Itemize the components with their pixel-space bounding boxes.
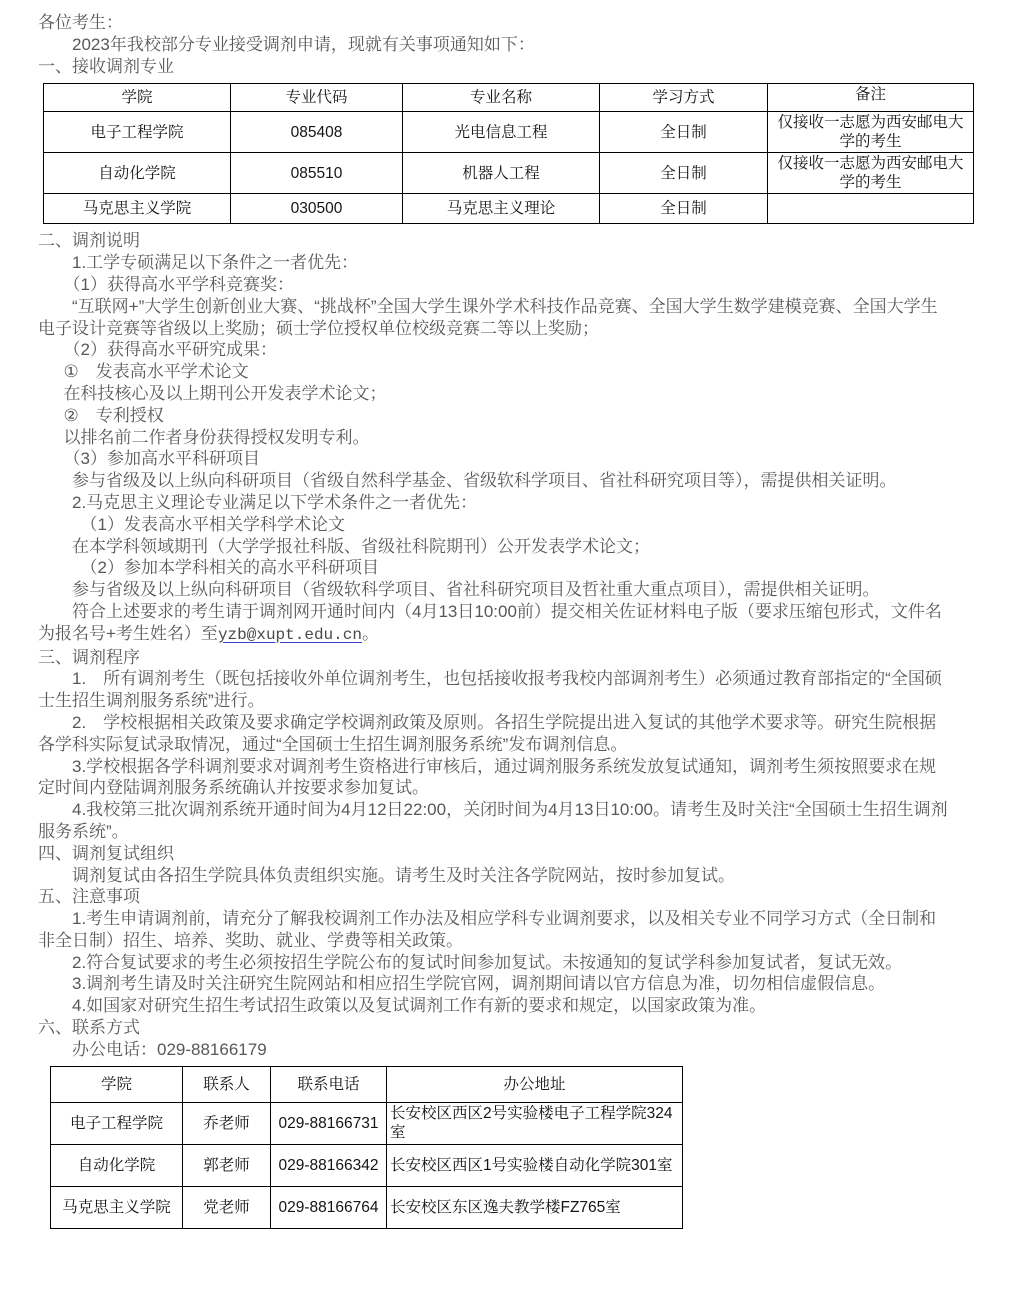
- paragraph: 3.调剂考生请及时关注研究生院网站和相应招生学院官网，调剂期间请以官方信息为准，…: [38, 973, 953, 995]
- intro-paragraph: 2023年我校部分专业接受调剂申请，现就有关事项通知如下：: [38, 34, 953, 56]
- paragraph: （1）发表高水平相关学科学术论文: [38, 514, 953, 536]
- cell-contact-person: 党老师: [183, 1186, 271, 1228]
- column-header-remark: 备注: [768, 84, 974, 112]
- column-header-contact-person: 联系人: [183, 1066, 271, 1102]
- cell-major-code: 085408: [231, 112, 403, 153]
- paragraph: （2）获得高水平研究成果：: [38, 339, 953, 361]
- cell-office-address: 长安校区西区1号实验楼自动化学院301室: [387, 1144, 683, 1186]
- paragraph: 在科技核心及以上期刊公开发表学术论文；: [38, 383, 953, 405]
- paragraph: 4.如国家对研究生招生考试招生政策以及复试调剂工作有新的要求和规定，以国家政策为…: [38, 995, 953, 1017]
- cell-office-address: 长安校区西区2号实验楼电子工程学院324室: [387, 1102, 683, 1144]
- paragraph: 参与省级及以上纵向科研项目（省级软科学项目、省社科研究项目及哲社重大重点项目），…: [38, 579, 953, 601]
- table-row: 自动化学院 郭老师 029-88166342 长安校区西区1号实验楼自动化学院3…: [51, 1144, 683, 1186]
- email-link[interactable]: yzb@xupt.edu.cn: [218, 626, 362, 644]
- paragraph: 1.工学专硕满足以下条件之一者优先：: [38, 252, 953, 274]
- cell-major-code: 030500: [231, 194, 403, 224]
- paragraph: 4.我校第三批次调剂系统开通时间为4月12日22:00，关闭时间为4月13日10…: [38, 799, 953, 843]
- paragraph: 调剂复试由各招生学院具体负责组织实施。请考生及时关注各学院网站，按时参加复试。: [38, 865, 953, 887]
- section-6-heading: 六、联系方式: [38, 1017, 953, 1039]
- cell-college: 自动化学院: [51, 1144, 183, 1186]
- section-1-heading: 一、接收调剂专业: [38, 56, 953, 78]
- paragraph: 以排名前二作者身份获得授权发明专利。: [38, 427, 953, 449]
- paragraph: 2.符合复试要求的考生必须按招生学院公布的复试时间参加复试。未按通知的复试学科参…: [38, 952, 953, 974]
- cell-major-name: 机器人工程: [403, 153, 600, 194]
- office-phone-line: 办公电话：029-88166179: [38, 1039, 953, 1061]
- cell-major-name: 马克思主义理论: [403, 194, 600, 224]
- table-row: 自动化学院 085510 机器人工程 全日制 仅接收一志愿为西安邮电大学的考生: [44, 153, 974, 194]
- table-row: 马克思主义学院 030500 马克思主义理论 全日制: [44, 194, 974, 224]
- paragraph: 2.马克思主义理论专业满足以下学术条件之一者优先：: [38, 492, 953, 514]
- cell-contact-phone: 029-88166731: [271, 1102, 387, 1144]
- cell-college: 马克思主义学院: [44, 194, 231, 224]
- column-header-major-name: 专业名称: [403, 84, 600, 112]
- section-2-heading: 二、调剂说明: [38, 230, 953, 252]
- paragraph: 在本学科领域期刊（大学学报社科版、省级社科院期刊）公开发表学术论文；: [38, 536, 953, 558]
- column-header-college: 学院: [51, 1066, 183, 1102]
- table-header-row: 学院 联系人 联系电话 办公地址: [51, 1066, 683, 1102]
- column-header-contact-phone: 联系电话: [271, 1066, 387, 1102]
- cell-college: 自动化学院: [44, 153, 231, 194]
- paragraph: 参与省级及以上纵向科研项目（省级自然科学基金、省级软科学项目、省社科研究项目等）…: [38, 470, 953, 492]
- section-4-heading: 四、调剂复试组织: [38, 843, 953, 865]
- submit-suffix-text: 。: [362, 624, 379, 643]
- table-row: 马克思主义学院 党老师 029-88166764 长安校区东区逸夫教学楼FZ76…: [51, 1186, 683, 1228]
- paragraph: （3）参加高水平科研项目: [38, 448, 953, 470]
- cell-study-mode: 全日制: [600, 112, 768, 153]
- cell-college: 电子工程学院: [51, 1102, 183, 1144]
- cell-study-mode: 全日制: [600, 153, 768, 194]
- salutation: 各位考生：: [38, 12, 953, 34]
- table-header-row: 学院 专业代码 专业名称 学习方式 备注: [44, 84, 974, 112]
- cell-major-name: 光电信息工程: [403, 112, 600, 153]
- notice-document: 各位考生： 2023年我校部分专业接受调剂申请，现就有关事项通知如下： 一、接收…: [0, 0, 1009, 1229]
- section-5-heading: 五、注意事项: [38, 886, 953, 908]
- submit-materials-paragraph: 符合上述要求的考生请于调剂网开通时间内（4月13日10:00前）提交相关佐证材料…: [38, 601, 953, 647]
- paragraph: （1）获得高水平学科竞赛奖：: [38, 274, 953, 296]
- paragraph: ① 发表高水平学术论文: [38, 361, 953, 383]
- paragraph: 1. 所有调剂考生（既包括接收外单位调剂考生，也包括接收报考我校内部调剂考生）必…: [38, 668, 953, 712]
- cell-contact-phone: 029-88166764: [271, 1186, 387, 1228]
- cell-contact-phone: 029-88166342: [271, 1144, 387, 1186]
- cell-contact-person: 郭老师: [183, 1144, 271, 1186]
- section-3-heading: 三、调剂程序: [38, 647, 953, 669]
- column-header-college: 学院: [44, 84, 231, 112]
- cell-college: 电子工程学院: [44, 112, 231, 153]
- paragraph: “互联网+”大学生创新创业大赛、“挑战杯”全国大学生课外学术科技作品竞赛、全国大…: [38, 296, 953, 340]
- cell-remark: [768, 194, 974, 224]
- cell-remark: 仅接收一志愿为西安邮电大学的考生: [768, 112, 974, 153]
- paragraph: （2）参加本学科相关的高水平科研项目: [38, 557, 953, 579]
- cell-study-mode: 全日制: [600, 194, 768, 224]
- cell-college: 马克思主义学院: [51, 1186, 183, 1228]
- column-header-major-code: 专业代码: [231, 84, 403, 112]
- contact-table: 学院 联系人 联系电话 办公地址 电子工程学院 乔老师 029-88166731…: [50, 1066, 683, 1229]
- paragraph: 2. 学校根据相关政策及要求确定学校调剂政策及原则。各招生学院提出进入复试的其他…: [38, 712, 953, 756]
- transfer-majors-table: 学院 专业代码 专业名称 学习方式 备注 电子工程学院 085408 光电信息工…: [43, 83, 974, 224]
- paragraph: 3.学校根据各学科调剂要求对调剂考生资格进行审核后，通过调剂服务系统发放复试通知…: [38, 756, 953, 800]
- submit-prefix-text: 符合上述要求的考生请于调剂网开通时间内（4月13日10:00前）提交相关佐证材料…: [38, 602, 942, 643]
- table-row: 电子工程学院 乔老师 029-88166731 长安校区西区2号实验楼电子工程学…: [51, 1102, 683, 1144]
- paragraph: ② 专利授权: [38, 405, 953, 427]
- cell-major-code: 085510: [231, 153, 403, 194]
- cell-contact-person: 乔老师: [183, 1102, 271, 1144]
- column-header-study-mode: 学习方式: [600, 84, 768, 112]
- cell-office-address: 长安校区东区逸夫教学楼FZ765室: [387, 1186, 683, 1228]
- table-row: 电子工程学院 085408 光电信息工程 全日制 仅接收一志愿为西安邮电大学的考…: [44, 112, 974, 153]
- column-header-office-address: 办公地址: [387, 1066, 683, 1102]
- paragraph: 1.考生申请调剂前，请充分了解我校调剂工作办法及相应学科专业调剂要求，以及相关专…: [38, 908, 953, 952]
- cell-remark: 仅接收一志愿为西安邮电大学的考生: [768, 153, 974, 194]
